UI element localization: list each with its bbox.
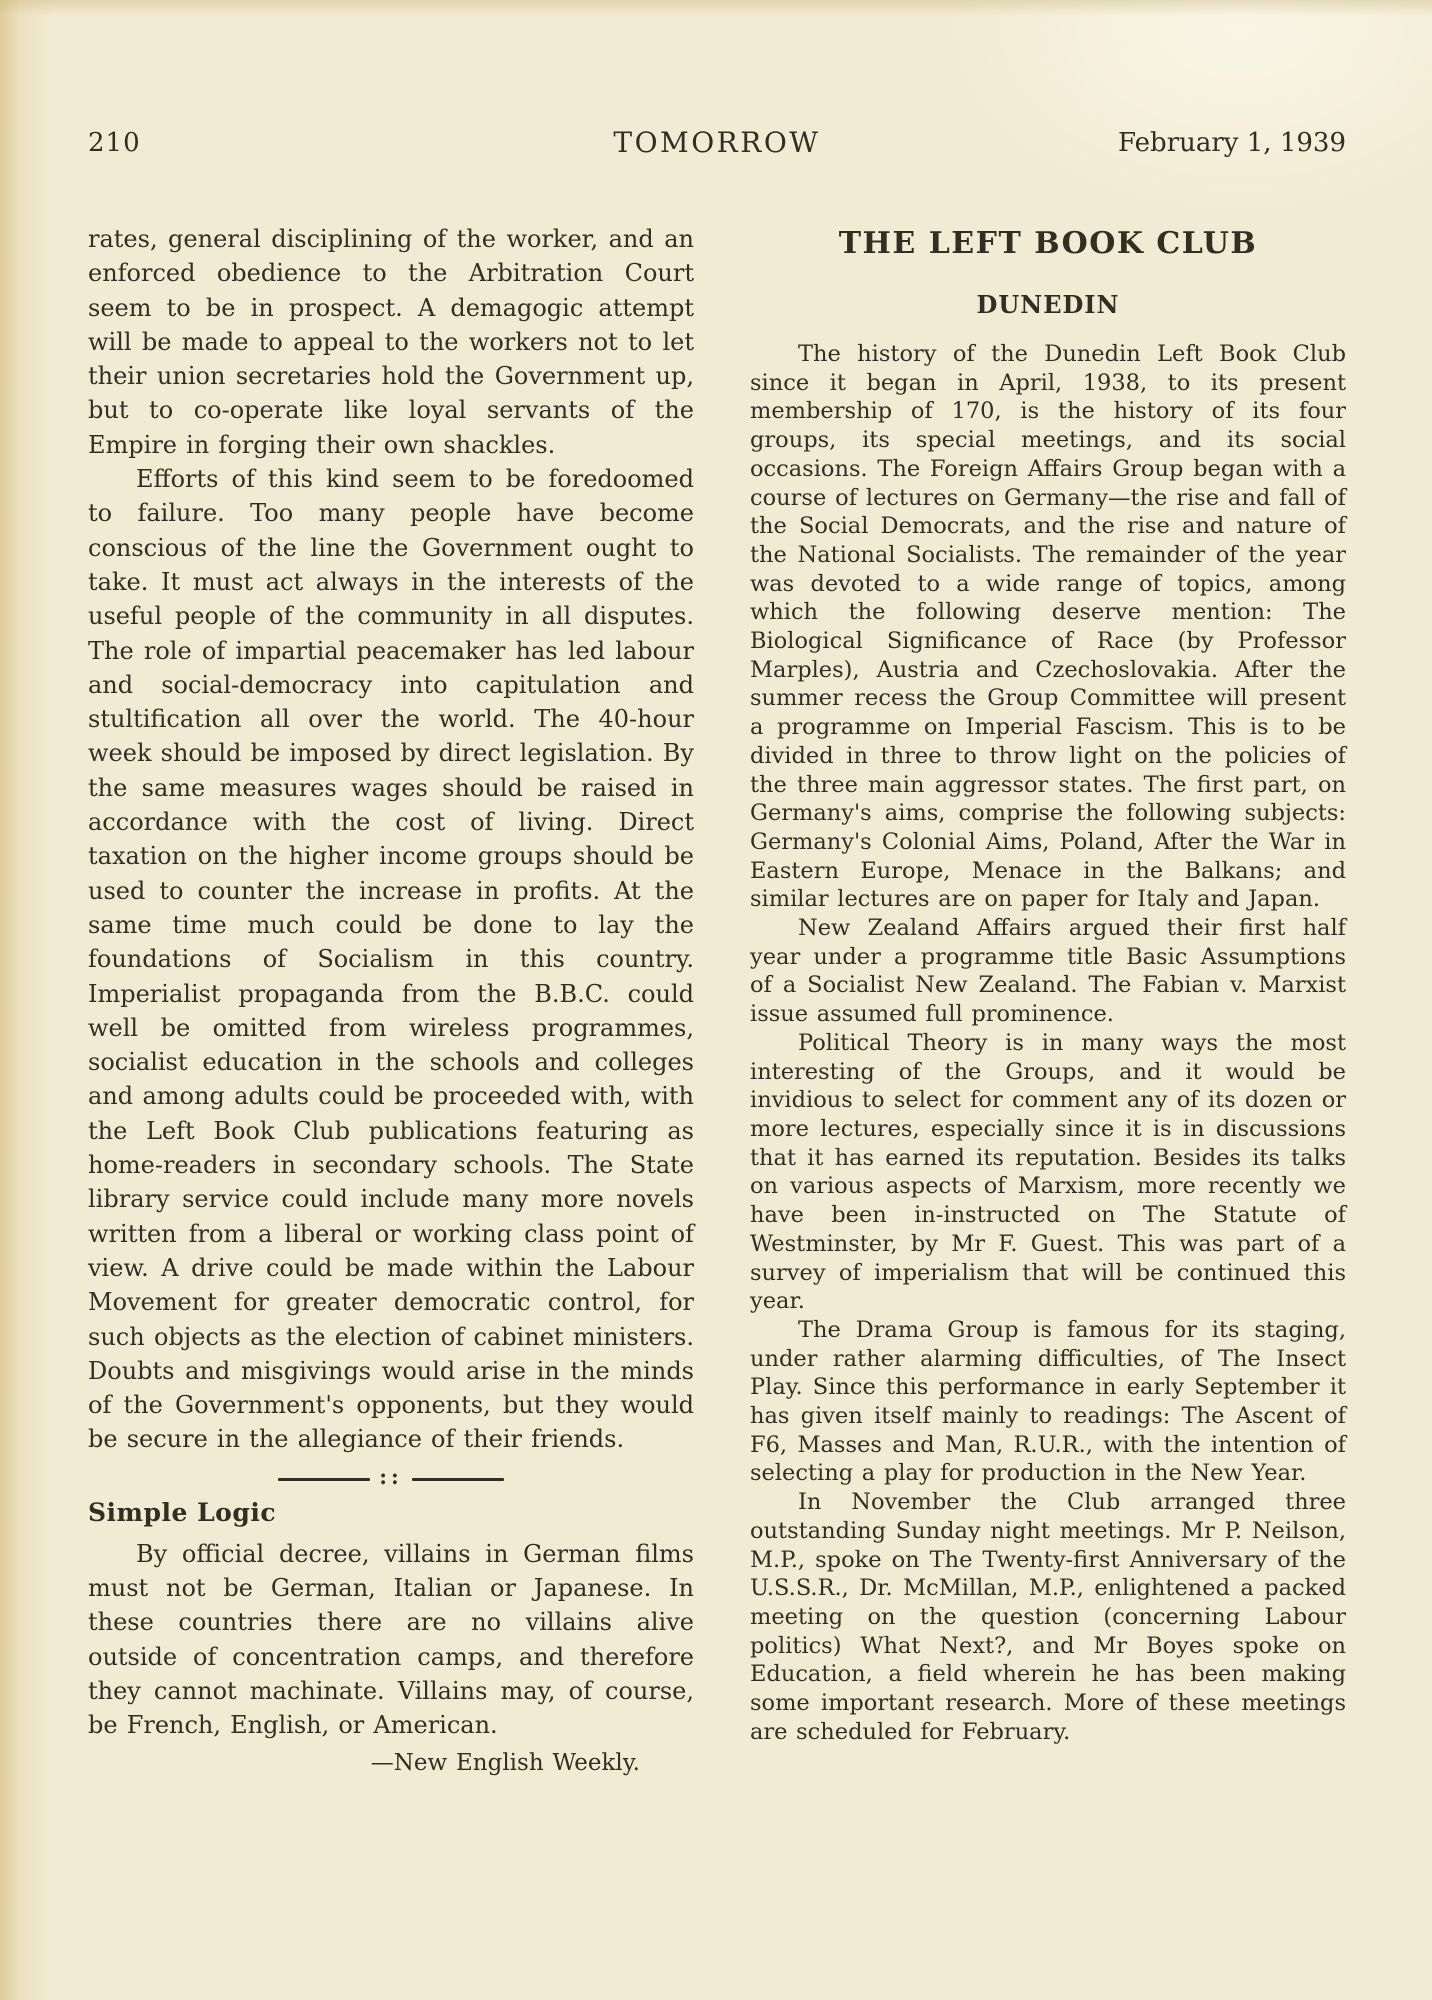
page-header: 210 TOMORROW February 1, 1939 bbox=[88, 126, 1346, 160]
two-column-layout: rates, general disciplining of the worke… bbox=[88, 222, 1346, 1781]
paragraph: By official decree, villains in German f… bbox=[88, 1537, 694, 1743]
paragraph-continuation: rates, general disciplining of the worke… bbox=[88, 222, 694, 462]
paragraph: Efforts of this kind seem to be foredoom… bbox=[88, 462, 694, 1457]
issue-date: February 1, 1939 bbox=[1118, 128, 1346, 158]
paragraph: Political Theory is in many ways the mos… bbox=[750, 1029, 1346, 1316]
section-divider: :: bbox=[88, 1469, 694, 1490]
source-attribution: —New English Weekly. bbox=[88, 1746, 694, 1780]
left-column: rates, general disciplining of the worke… bbox=[88, 222, 694, 1781]
right-column: THE LEFT BOOK CLUB DUNEDIN The history o… bbox=[750, 222, 1346, 1781]
divider-rule-left bbox=[278, 1478, 370, 1481]
article-subheading: DUNEDIN bbox=[750, 290, 1346, 319]
divider-dots: :: bbox=[379, 1466, 403, 1487]
article-title: THE LEFT BOOK CLUB bbox=[750, 226, 1346, 261]
magazine-page: 210 TOMORROW February 1, 1939 rates, gen… bbox=[0, 0, 1432, 2000]
paragraph: In November the Club arranged three outs… bbox=[750, 1488, 1346, 1746]
paragraph: New Zealand Affairs argued their first h… bbox=[750, 914, 1346, 1029]
section-heading-simple-logic: Simple Logic bbox=[88, 1498, 694, 1527]
paragraph: The Drama Group is famous for its stagin… bbox=[750, 1316, 1346, 1488]
divider-rule-right bbox=[412, 1478, 504, 1481]
paragraph: The history of the Dunedin Left Book Clu… bbox=[750, 340, 1346, 914]
